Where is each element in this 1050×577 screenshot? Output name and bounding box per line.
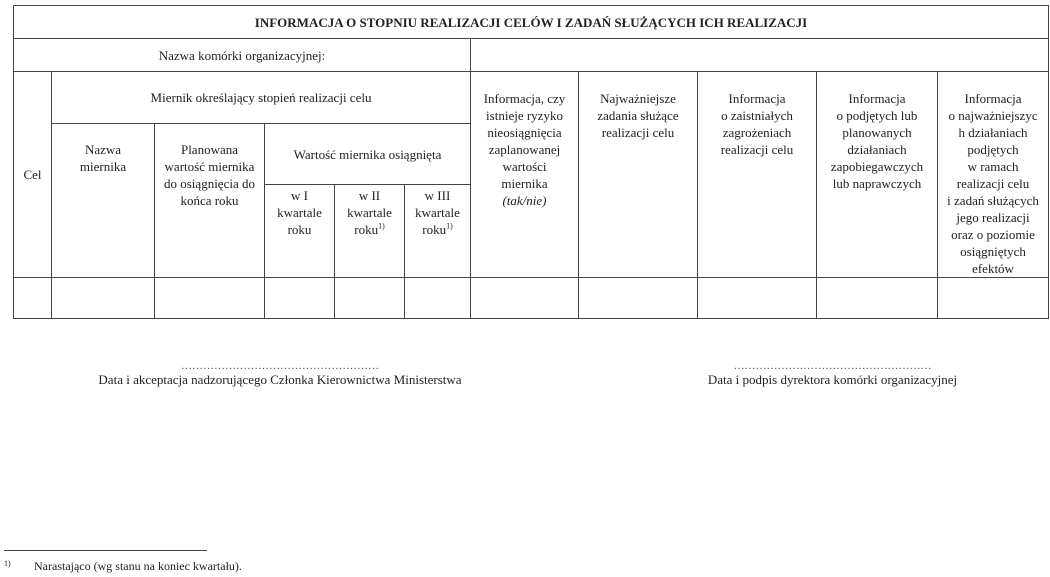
cell-cel[interactable] bbox=[14, 278, 52, 319]
cell-q3[interactable] bbox=[405, 278, 471, 319]
signature-label: Data i podpis dyrektora komórki organiza… bbox=[680, 372, 985, 388]
cell-dzialania[interactable] bbox=[817, 278, 938, 319]
footnote-text: Narastająco (wg stanu na koniec kwartału… bbox=[34, 559, 242, 573]
header-zagrozenia: Informacjao zaistniałychzagrożeniachreal… bbox=[698, 72, 817, 278]
cell-ryzyko[interactable] bbox=[471, 278, 579, 319]
footnote-mark: 1) bbox=[4, 559, 34, 568]
header-najwazniejsze: Informacjao najważniejszych działaniachp… bbox=[938, 72, 1049, 278]
header-q1: w Ikwartaleroku bbox=[265, 185, 335, 278]
header-q2: w IIkwartaleroku1) bbox=[335, 185, 405, 278]
cell-zadania[interactable] bbox=[579, 278, 698, 319]
footnote: 1)Narastająco (wg stanu na koniec kwarta… bbox=[4, 559, 242, 574]
signature-label: Data i akceptacja nadzorującego Członka … bbox=[60, 372, 500, 388]
signature-line: ……………………………………………… bbox=[60, 360, 500, 372]
header-ryzyko-text: Informacja, czyistnieje ryzykonieosiągni… bbox=[471, 90, 578, 192]
header-ryzyko-note: (tak/nie) bbox=[471, 192, 578, 209]
cell-zagrozenia[interactable] bbox=[698, 278, 817, 319]
unit-name-field[interactable] bbox=[471, 39, 1049, 72]
header-dzialania: Informacjao podjętych lubplanowanychdzia… bbox=[817, 72, 938, 278]
form-page: INFORMACJA O STOPNIU REALIZACJI CELÓW I … bbox=[0, 0, 1050, 577]
cell-nazwa-miernika[interactable] bbox=[52, 278, 155, 319]
signature-block-director: ……………………………………………… Data i podpis dyrekto… bbox=[680, 360, 985, 388]
footnote-divider bbox=[4, 550, 207, 551]
cell-q2[interactable] bbox=[335, 278, 405, 319]
header-q3: w IIIkwartaleroku1) bbox=[405, 185, 471, 278]
cell-q1[interactable] bbox=[265, 278, 335, 319]
header-zadania: Najważniejszezadania służącerealizacji c… bbox=[579, 72, 698, 278]
header-ryzyko: Informacja, czyistnieje ryzykonieosiągni… bbox=[471, 72, 579, 278]
header-cel: Cel bbox=[14, 72, 52, 278]
header-nazwa-miernika: Nazwamiernika bbox=[52, 124, 155, 278]
header-miernik-group: Miernik określający stopień realizacji c… bbox=[52, 72, 471, 124]
signature-line: ……………………………………………… bbox=[680, 360, 985, 372]
cell-planowana[interactable] bbox=[155, 278, 265, 319]
unit-name-label: Nazwa komórki organizacyjnej: bbox=[14, 39, 471, 72]
form-title: INFORMACJA O STOPNIU REALIZACJI CELÓW I … bbox=[14, 6, 1049, 39]
cell-najwazniejsze[interactable] bbox=[938, 278, 1049, 319]
signature-block-supervisor: ……………………………………………… Data i akceptacja nad… bbox=[60, 360, 500, 388]
header-wartosc-group: Wartość miernika osiągnięta bbox=[265, 124, 471, 185]
table-row bbox=[14, 278, 1049, 319]
goals-report-table: INFORMACJA O STOPNIU REALIZACJI CELÓW I … bbox=[13, 5, 1049, 319]
header-planowana: Planowanawartość miernikado osiągnięcia … bbox=[155, 124, 265, 278]
